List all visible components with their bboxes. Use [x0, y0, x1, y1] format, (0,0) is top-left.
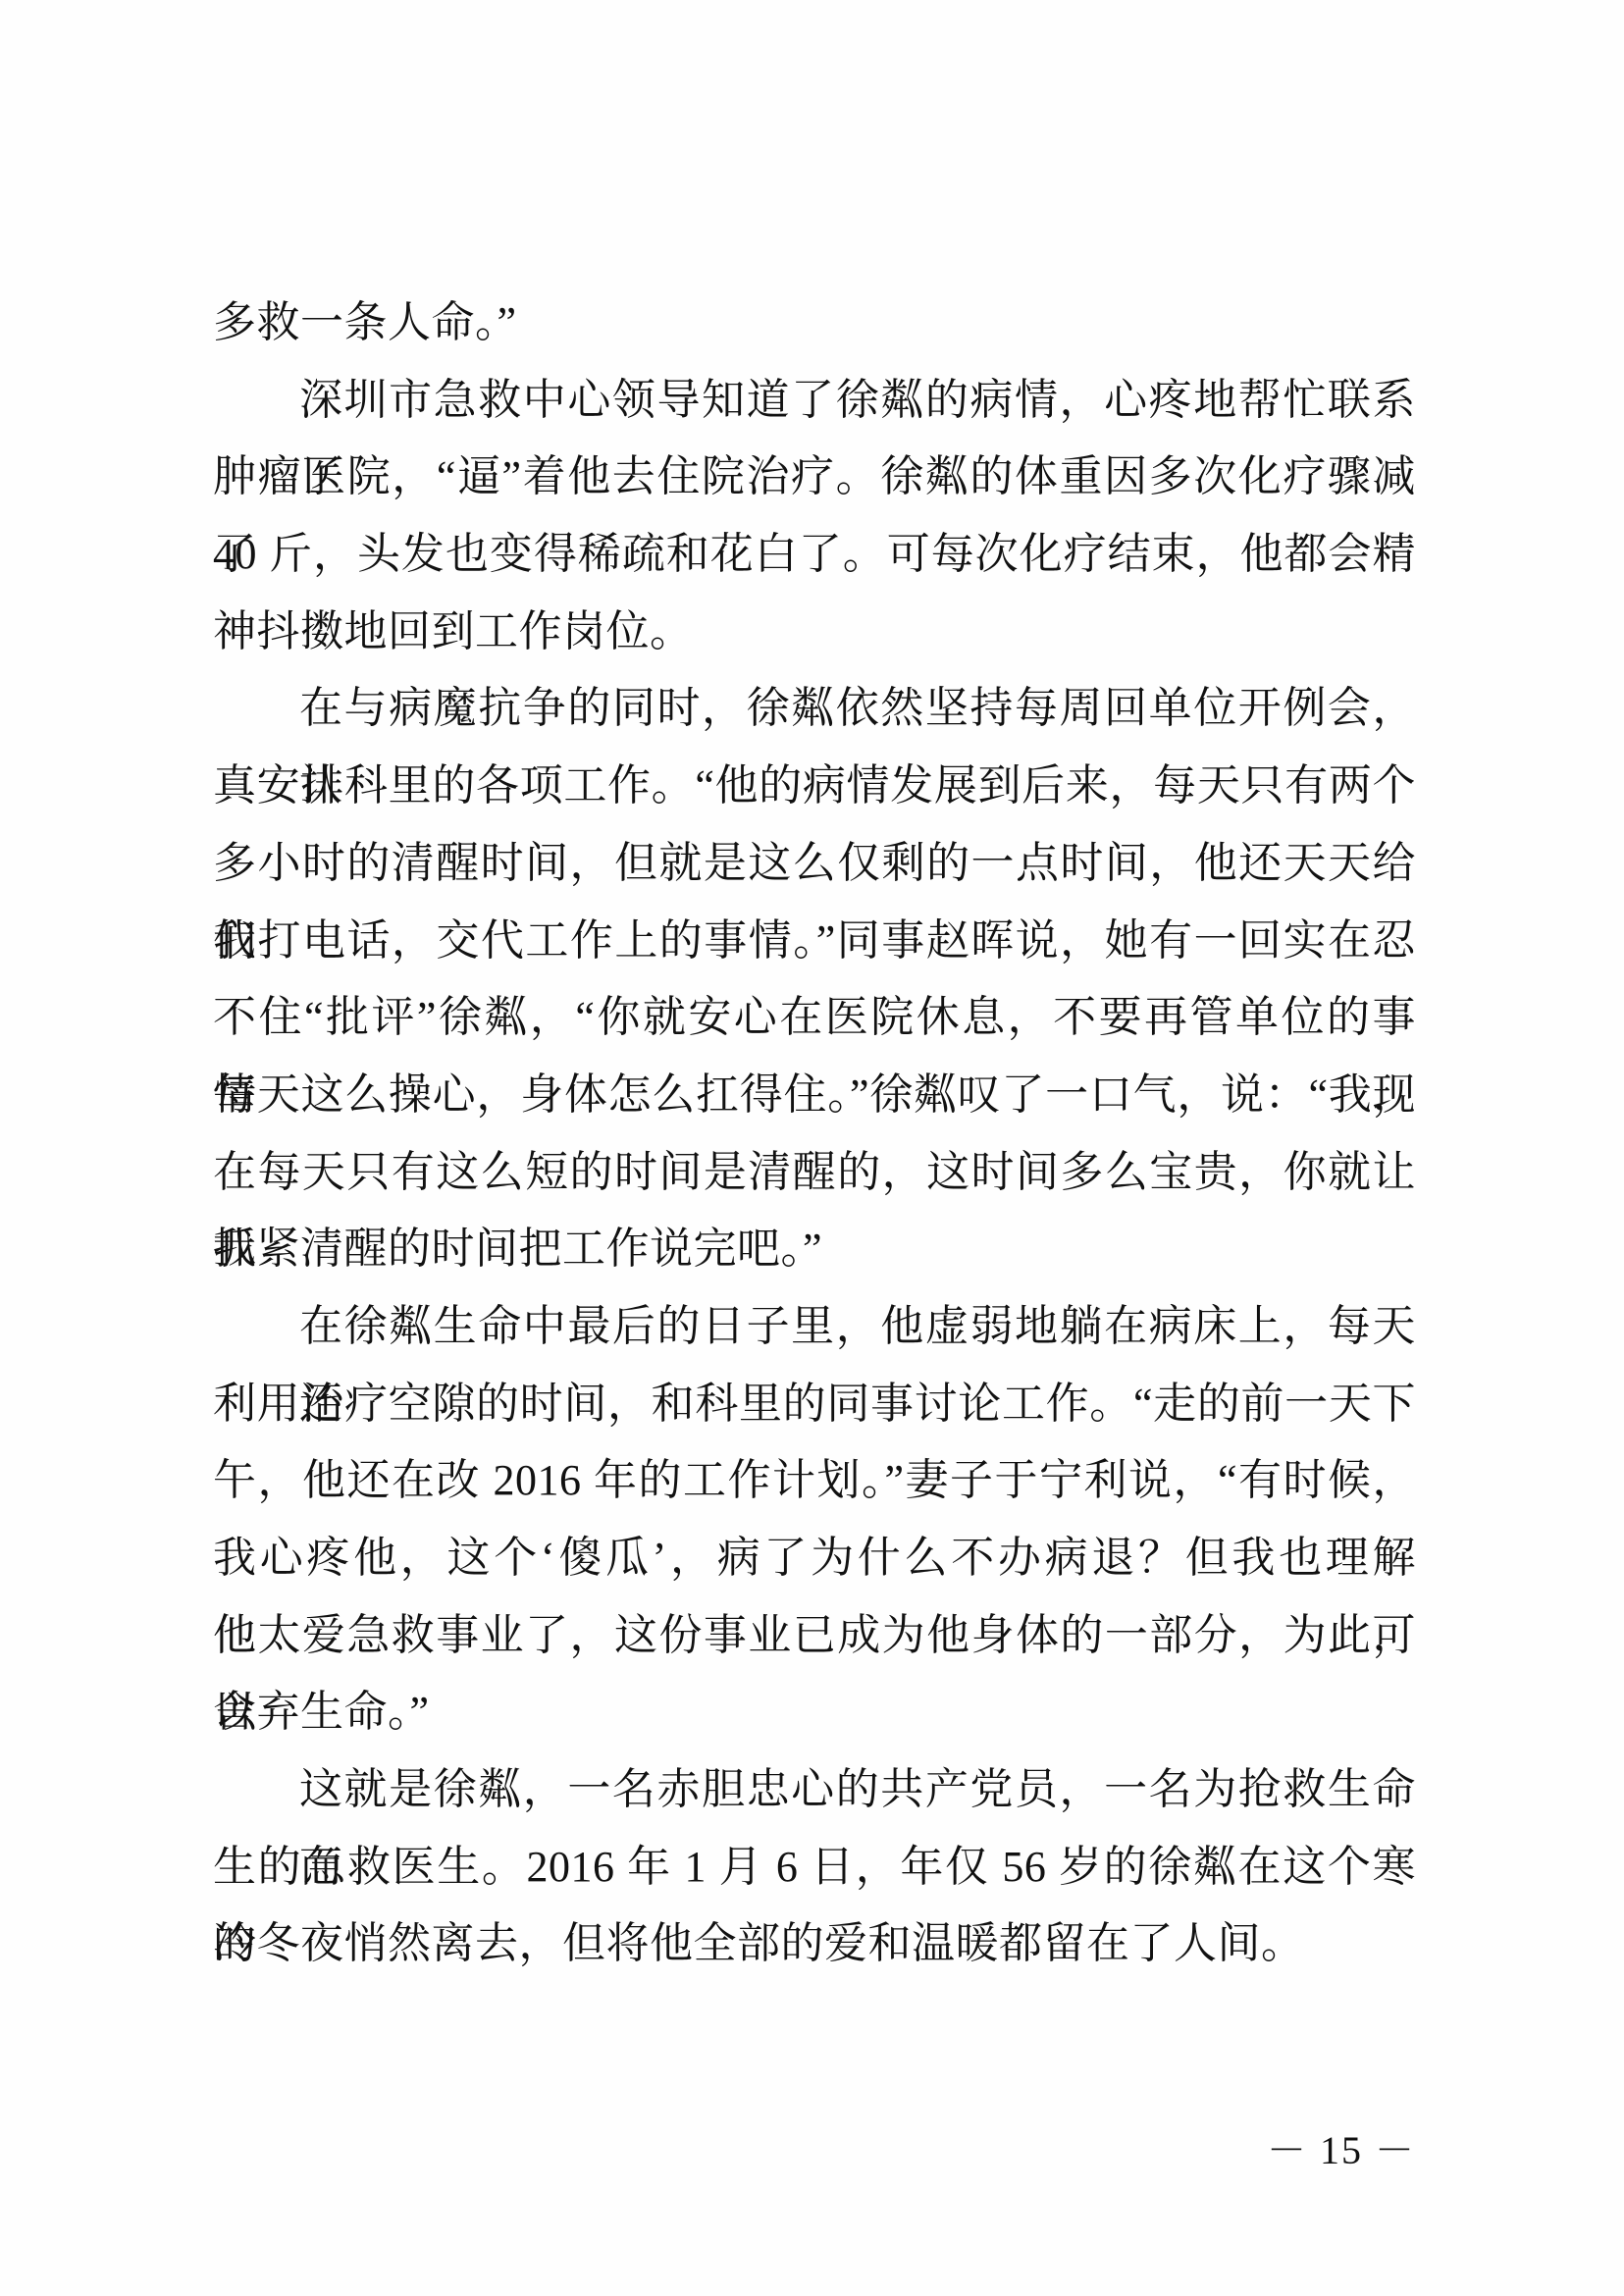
- page-number: － 15 －: [1267, 2127, 1416, 2174]
- text-line: 利用治疗空隙的时间，和科里的同事讨论工作。“走的前一天下: [213, 1366, 1416, 1443]
- text-line: 肿瘤医院，“逼”着他去住院治疗。徐粼的体重因多次化疗骤减了: [213, 439, 1416, 516]
- text-line: 多小时的清醒时间，但就是这么仅剩的一点时间，他还天天给我: [213, 825, 1416, 903]
- text-line: 的冬夜悄然离去，但将他全部的爱和温暖都留在了人间。: [213, 1905, 1416, 1983]
- text-line: 多救一条人命。”: [213, 285, 1416, 362]
- text-line: 生的急救医生。2016 年 1 月 6 日，年仅 56 岁的徐粼在这个寒冷: [213, 1829, 1416, 1906]
- text-line: 他太爱急救事业了，这份事业已成为他身体的一部分，为此可以: [213, 1597, 1416, 1675]
- text-line: 们打电话，交代工作上的事情。”同事赵晖说，她有一回实在忍: [213, 903, 1416, 980]
- text-line: 深圳市急救中心领导知道了徐粼的病情，心疼地帮忙联系了: [213, 362, 1416, 440]
- text-line: 真安排科里的各项工作。“他的病情发展到后来，每天只有两个: [213, 748, 1416, 825]
- text-line: 我心疼他，这个‘傻瓜’，病了为什么不办病退？但我也理解他，: [213, 1520, 1416, 1597]
- document-page: 多救一条人命。” 深圳市急救中心领导知道了徐粼的病情，心疼地帮忙联系了 肿瘤医院…: [0, 0, 1624, 2296]
- document-body: 多救一条人命。” 深圳市急救中心领导知道了徐粼的病情，心疼地帮忙联系了 肿瘤医院…: [213, 285, 1416, 1983]
- text-line: 每天这么操心，身体怎么扛得住。”徐粼叹了一口气，说：“我现: [213, 1057, 1416, 1134]
- text-line: 在与病魔抗争的同时，徐粼依然坚持每周回单位开例会，认: [213, 670, 1416, 748]
- text-line: 这就是徐粼，一名赤胆忠心的共产党员，一名为抢救生命而: [213, 1751, 1416, 1829]
- text-line: 不住“批评”徐粼，“你就安心在医院休息，不要再管单位的事情，: [213, 979, 1416, 1057]
- text-line: 舍弃生命。”: [213, 1674, 1416, 1751]
- text-line: 在每天只有这么短的时间是清醒的，这时间多么宝贵，你就让我: [213, 1134, 1416, 1212]
- text-line: 40 斤，头发也变得稀疏和花白了。可每次化疗结束，他都会精: [213, 516, 1416, 594]
- text-line: 神抖擞地回到工作岗位。: [213, 594, 1416, 671]
- text-line: 在徐粼生命中最后的日子里，他虚弱地躺在病床上，每天还: [213, 1288, 1416, 1366]
- text-line: 抓紧清醒的时间把工作说完吧。”: [213, 1211, 1416, 1288]
- text-line: 午，他还在改 2016 年的工作计划。”妻子于宁利说，“有时候，: [213, 1442, 1416, 1520]
